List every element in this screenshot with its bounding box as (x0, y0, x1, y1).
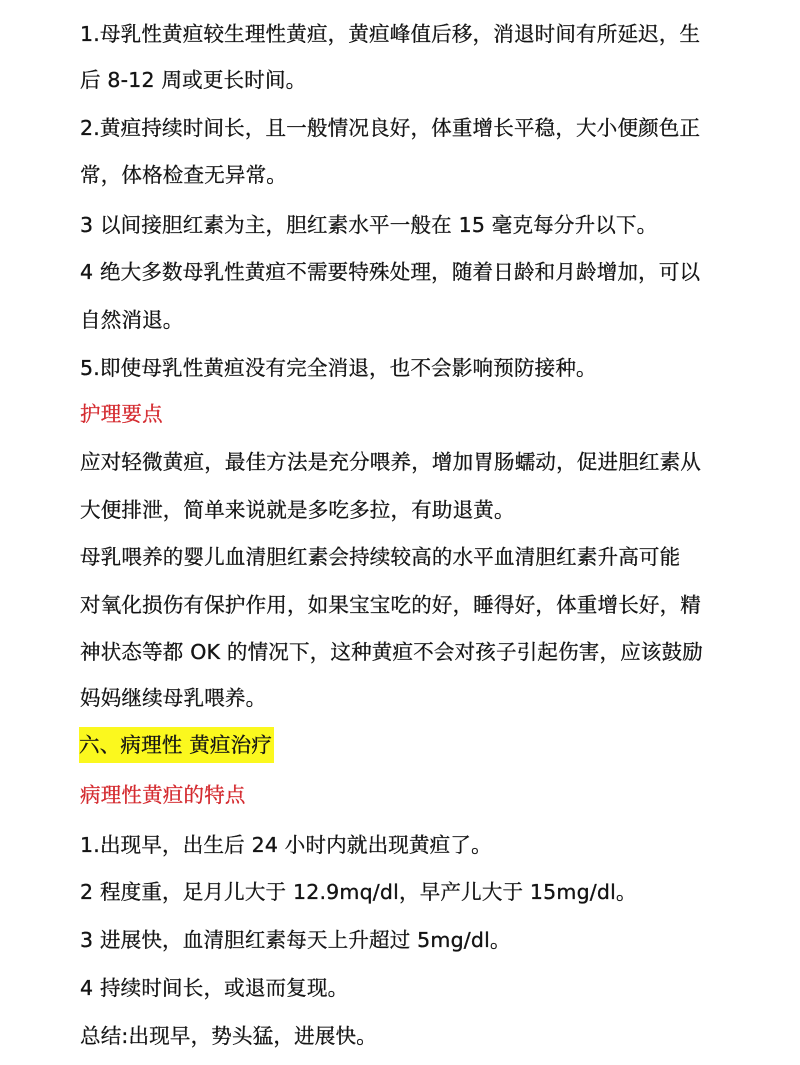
paragraph-line-12: 母乳喂养的婴儿血清胆红素会持续较高的水平血清胆红素升高可能 (80, 543, 680, 571)
paragraph-line-5: 3 以间接胆红素为主，胆红素水平一般在 15 毫克每分升以下。 (80, 211, 657, 239)
paragraph-line-13: 对氧化损伤有保护作用，如果宝宝吃的好，睡得好，体重增长好，精 (80, 591, 701, 619)
highlighted-section-title: 六、病理性 黄疸治疗 (80, 731, 274, 759)
paragraph-line-21: 4 持续时间长，或退而复现。 (80, 974, 348, 1002)
paragraph-line-1: 1.母乳性黄疸较生理性黄疸，黄疸峰值后移，消退时间有所延迟，生 (80, 20, 700, 48)
paragraph-line-3: 2.黄疸持续时间长，且一般情况良好，体重增长平稳，大小便颜色正 (80, 114, 700, 142)
summary-line: 总结:出现早，势头猛，进展快。 (80, 1022, 377, 1050)
paragraph-line-7: 自然消退。 (80, 306, 184, 334)
paragraph-line-15: 妈妈继续母乳喂养。 (80, 684, 266, 712)
paragraph-line-10: 应对轻微黄疸，最佳方法是充分喂养，增加胃肠蠕动，促进胆红素从 (80, 448, 701, 476)
paragraph-line-6: 4 绝大多数母乳性黄疸不需要特殊处理，随着日龄和月龄增加，可以 (80, 258, 700, 286)
paragraph-line-11: 大便排泄，简单来说就是多吃多拉，有助退黄。 (80, 496, 515, 524)
section-heading-pathological-features: 病理性黄疸的特点 (80, 781, 246, 809)
highlight-mark: 六、病理性 黄疸治疗 (79, 727, 274, 763)
paragraph-line-4: 常，体格检查无异常。 (80, 161, 287, 189)
paragraph-line-8: 5.即使母乳性黄疸没有完全消退，也不会影响预防接种。 (80, 354, 597, 382)
paragraph-line-14: 神状态等都 OK 的情况下，这种黄疸不会对孩子引起伤害，应该鼓励 (80, 638, 703, 666)
paragraph-line-19: 2 程度重，足月儿大于 12.9mq/dl，早产儿大于 15mg/dl。 (80, 878, 637, 906)
paragraph-line-20: 3 进展快，血清胆红素每天上升超过 5mg/dl。 (80, 926, 511, 954)
paragraph-line-18: 1.出现早，出生后 24 小时内就出现黄疸了。 (80, 831, 492, 859)
paragraph-line-2: 后 8-12 周或更长时间。 (80, 66, 306, 94)
section-heading-nursing-points: 护理要点 (80, 400, 163, 428)
